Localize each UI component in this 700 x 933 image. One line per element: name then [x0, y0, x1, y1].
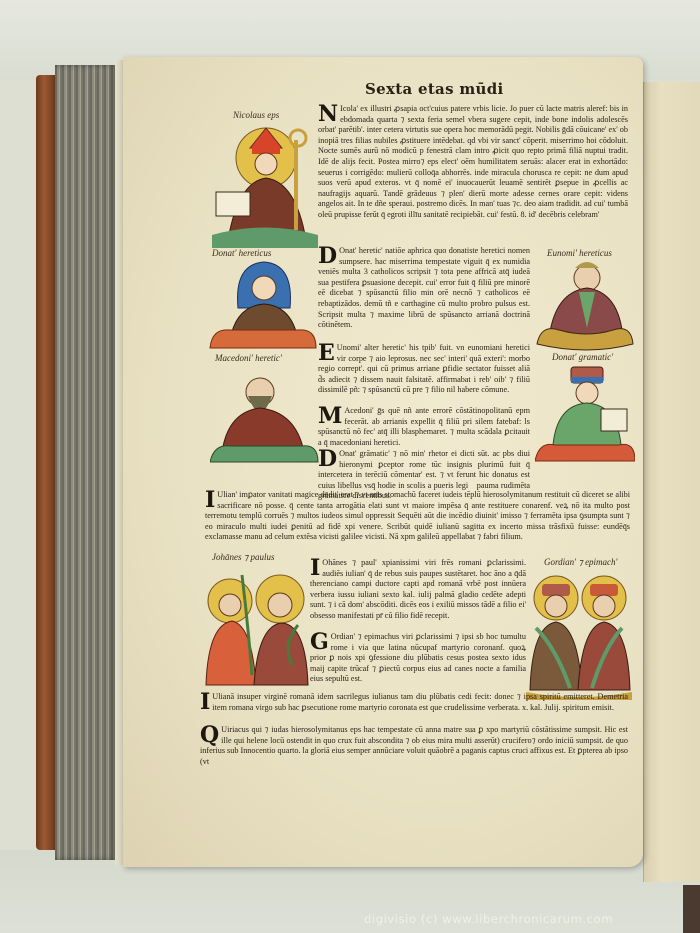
drop-cap: I — [205, 490, 215, 510]
text-juliana-demetria: I Ulianā insuper virginē romanā idem sac… — [200, 692, 628, 713]
drop-cap: G — [310, 632, 329, 652]
figure-label-macedonius: Macedoni' heretic' — [215, 353, 282, 363]
woodcut-donatus-hereticus-icon — [208, 258, 318, 353]
woodcut-gordianus-epimachus-icon — [526, 568, 632, 700]
text-macedonius: M Acedoni' ḡs quē nñ ante errorē cōstāti… — [318, 406, 530, 448]
woodcut-nicolaus-icon — [208, 120, 320, 250]
cover-corner — [683, 885, 700, 933]
running-head: Sexta etas mūdi — [365, 80, 504, 98]
woodcut-macedonius-icon — [210, 370, 320, 465]
facing-page-edge — [643, 82, 700, 882]
text-eunomius: E Unomi' alter heretic' his tpib' fuit. … — [318, 343, 530, 396]
drop-cap: M — [318, 406, 342, 426]
text-julianus: I Ulian' imꝑator vanitati magice dedit' … — [205, 490, 630, 543]
figure-label-johannes-paulus: Johānes ⁊ paulus — [212, 552, 274, 563]
text-nicolaus: N Icola' ex illustri ꝓsapia oct'cuius pa… — [318, 104, 628, 221]
figure-label-gordianus-epimachus: Gordian' ⁊ epimach' — [544, 557, 617, 568]
drop-cap: D — [318, 449, 337, 469]
drop-cap: Q — [200, 725, 219, 745]
woodcut-eunomius-icon — [535, 258, 635, 353]
leather-binding — [36, 75, 56, 850]
drop-cap: I — [310, 558, 320, 578]
drop-cap: I — [200, 692, 210, 712]
text-johannes-paulus: I Ohānes ⁊ paul' xpianissimi viri frēs r… — [310, 558, 526, 622]
figure-label-eunomius: Eunomi' hereticus — [547, 248, 612, 258]
figure-label-nicolaus: Nicolaus eps — [233, 110, 279, 120]
woodcut-johannes-paulus-icon — [202, 565, 310, 690]
text-quiriacus: Q Uiriacus qui ⁊ iudas hierosolymitanus … — [200, 725, 628, 767]
woodcut-donatus-gramaticus-icon — [535, 365, 635, 463]
text-gordianus-epimachus: G Ordian' ⁊ epimachus viri ꝑclarissimi ⁊… — [310, 632, 526, 685]
drop-cap: D — [318, 246, 337, 266]
drop-cap: E — [318, 343, 335, 363]
drop-cap: N — [318, 104, 338, 124]
watermark: digivisio (c) www.liberchronicarum.com — [364, 912, 613, 926]
page-edges-stack — [55, 65, 117, 860]
figure-label-donatus-gramaticus: Donat' gramatic' — [552, 352, 613, 362]
figure-label-donatus-hereticus: Donat' hereticus — [212, 248, 271, 258]
text-donatus-hereticus: D Onat' heretic' natiōe aphrica quo dona… — [318, 246, 530, 331]
